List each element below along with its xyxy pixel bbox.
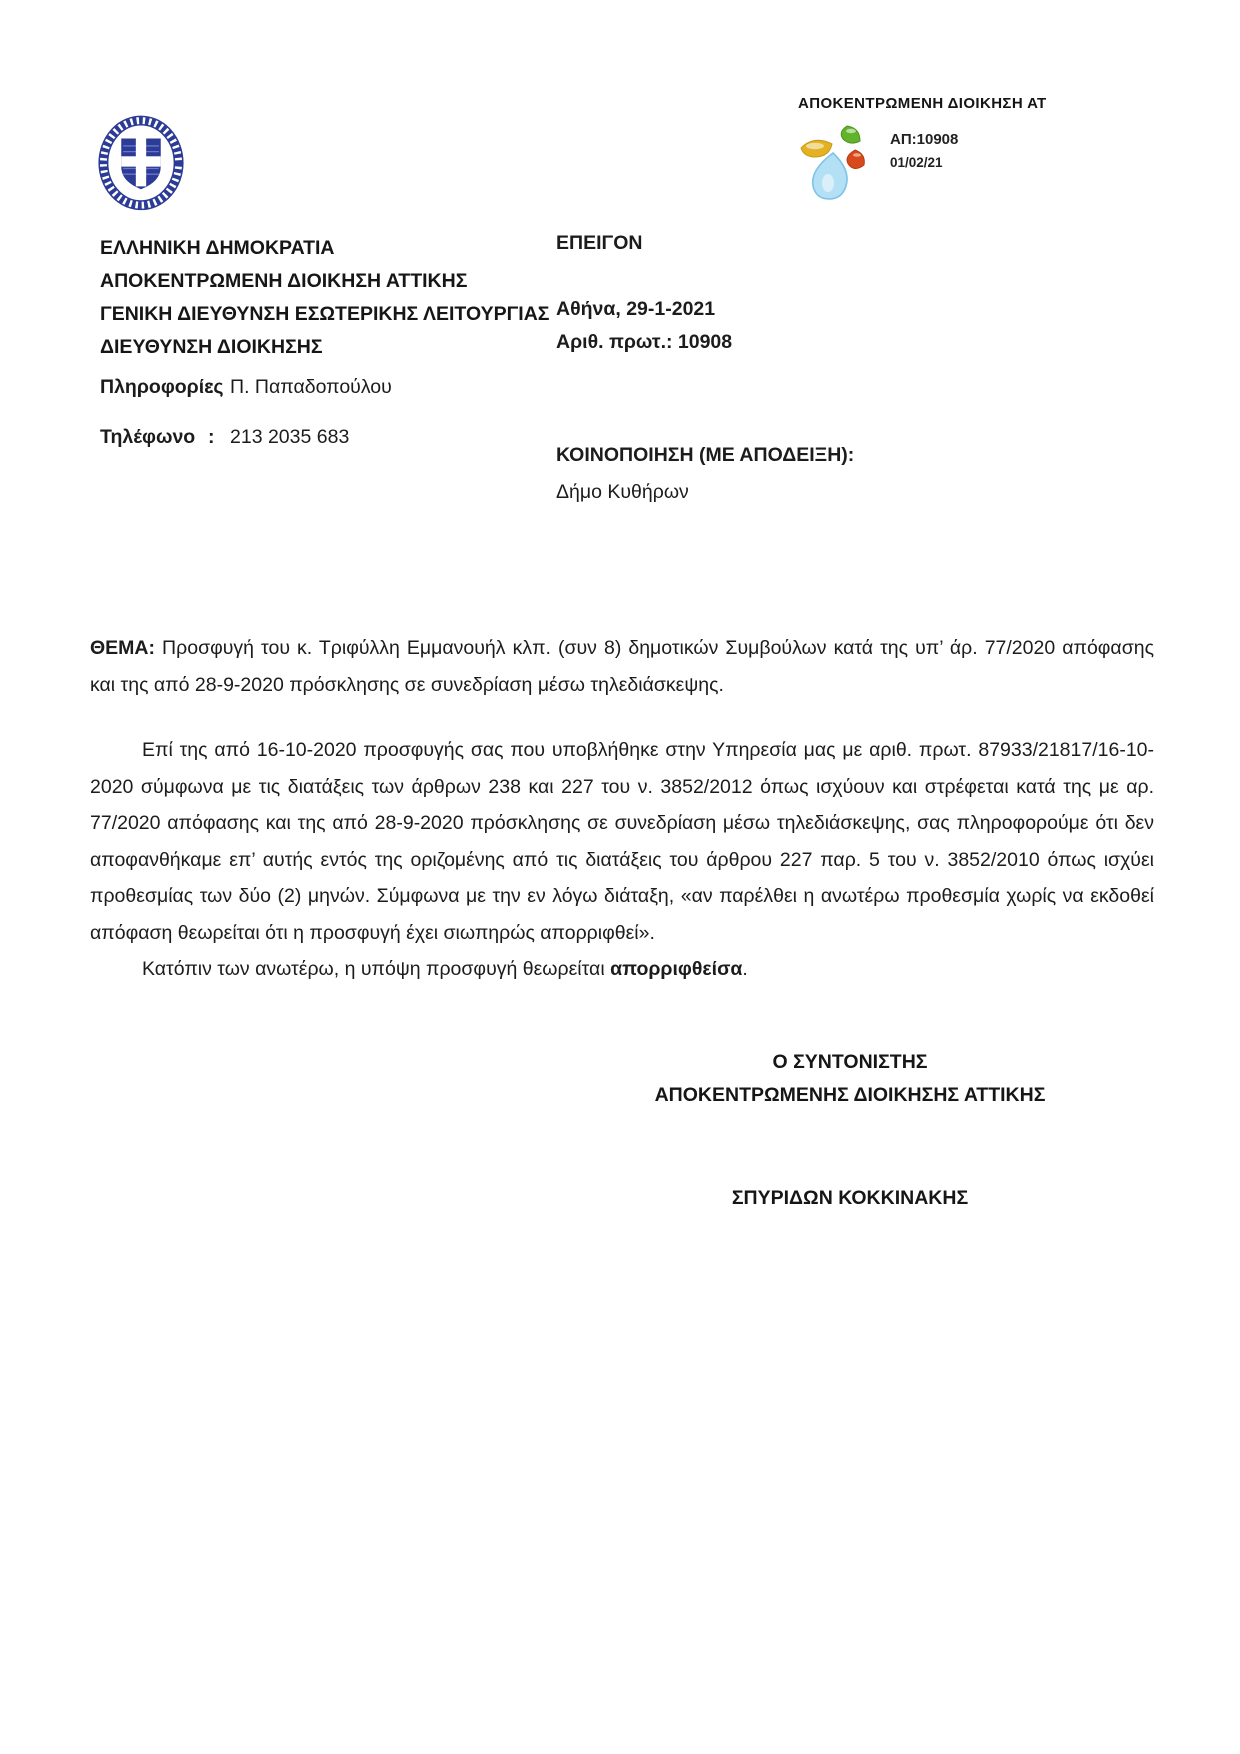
org-line-2: ΑΠΟΚΕΝΤΡΩΜΕΝΗ ΔΙΟΙΚΗΣΗ ΑΤΤΙΚΗΣ bbox=[100, 265, 550, 298]
city-date: Αθήνα, 29-1-2021 bbox=[556, 298, 715, 321]
signature-block: Ο ΣΥΝΤΟΝΙΣΤΗΣ ΑΠΟΚΕΝΤΡΩΜΕΝΗΣ ΔΙΟΙΚΗΣΗΣ Α… bbox=[600, 1046, 1100, 1215]
org-block: ΕΛΛΗΝΙΚΗ ΔΗΜΟΚΡΑΤΙΑ ΑΠΟΚΕΝΤΡΩΜΕΝΗ ΔΙΟΙΚΗ… bbox=[100, 232, 550, 364]
phone-label: Τηλέφωνο bbox=[100, 426, 208, 449]
document-page: ΑΠΟΚΕΝΤΡΩΜΕΝΗ ΔΙΟΙΚΗΣΗ ΑΤ ΑΠ:10908 01/02… bbox=[0, 0, 1240, 1754]
cc-label: ΚΟΙΝΟΠΟΙΗΣΗ (ΜΕ ΑΠΟΔΕΙΞΗ): bbox=[556, 444, 854, 467]
stamp-meta: ΑΠ:10908 01/02/21 bbox=[890, 131, 958, 170]
urgency-label: ΕΠΕΙΓΟΝ bbox=[556, 232, 642, 255]
body-paragraph-2-prefix: Κατόπιν των ανωτέρω, η υπόψη προσφυγή θε… bbox=[142, 958, 610, 980]
stamp-title: ΑΠΟΚΕΝΤΡΩΜΕΝΗ ΔΙΟΙΚΗΣΗ ΑΤ bbox=[798, 95, 1047, 112]
org-line-3: ΓΕΝΙΚΗ ΔΙΕΥΘΥΝΣΗ ΕΣΩΤΕΡΙΚΗΣ ΛΕΙΤΟΥΡΓΙΑΣ bbox=[100, 298, 550, 331]
agency-logo-icon bbox=[795, 120, 875, 202]
signature-title-1: Ο ΣΥΝΤΟΝΙΣΤΗΣ bbox=[600, 1046, 1100, 1079]
org-line-1: ΕΛΛΗΝΙΚΗ ΔΗΜΟΚΡΑΤΙΑ bbox=[100, 232, 550, 265]
body-text: Επί της από 16-10-2020 προσφυγής σας που… bbox=[90, 732, 1154, 988]
subject-text: Προσφυγή του κ. Τριφύλλη Εμμανουήλ κλπ. … bbox=[90, 637, 1154, 696]
stamp-protocol-number: ΑΠ:10908 bbox=[890, 131, 958, 148]
phone-value: 213 2035 683 bbox=[230, 426, 349, 449]
body-paragraph-2-suffix: . bbox=[742, 958, 747, 980]
body-paragraph-2-bold: απορριφθείσα bbox=[610, 958, 742, 980]
body-paragraph-2: Κατόπιν των ανωτέρω, η υπόψη προσφυγή θε… bbox=[90, 951, 1154, 988]
stamp-date: 01/02/21 bbox=[890, 155, 958, 170]
contact-person-label: Πληροφορίες bbox=[100, 376, 208, 399]
cc-recipient: Δήμο Κυθήρων bbox=[556, 481, 689, 504]
phone-colon: : bbox=[208, 426, 230, 449]
contact-person-colon: : bbox=[208, 376, 230, 399]
signature-name: ΣΠΥΡΙΔΩΝ ΚΟΚΚΙΝΑΚΗΣ bbox=[600, 1182, 1100, 1215]
org-line-4: ΔΙΕΥΘΥΝΣΗ ΔΙΟΙΚΗΣΗΣ bbox=[100, 331, 550, 364]
contact-person-row: Πληροφορίες : Π. Παπαδοπούλου bbox=[100, 376, 392, 399]
greek-emblem-icon bbox=[94, 110, 188, 212]
phone-row: Τηλέφωνο : 213 2035 683 bbox=[100, 426, 349, 449]
contact-person-value: Π. Παπαδοπούλου bbox=[230, 376, 392, 399]
subject-label: ΘΕΜΑ: bbox=[90, 637, 155, 659]
signature-title-2: ΑΠΟΚΕΝΤΡΩΜΕΝΗΣ ΔΙΟΙΚΗΣΗΣ ΑΤΤΙΚΗΣ bbox=[600, 1079, 1100, 1112]
body-paragraph-1: Επί της από 16-10-2020 προσφυγής σας που… bbox=[90, 732, 1154, 951]
protocol-number: Αριθ. πρωτ.: 10908 bbox=[556, 331, 732, 354]
subject-paragraph: ΘΕΜΑ: Προσφυγή του κ. Τριφύλλη Εμμανουήλ… bbox=[90, 630, 1154, 704]
